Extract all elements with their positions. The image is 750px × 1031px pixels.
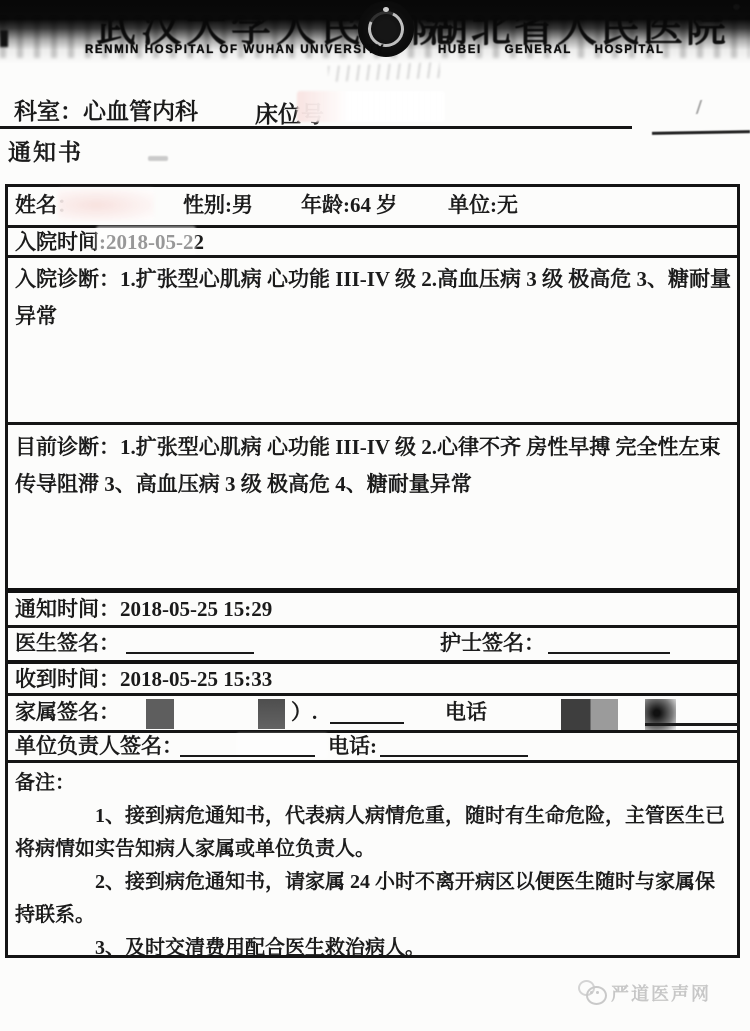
row-admission-diagnosis: 入院诊断：1.扩张型心肌病 心功能 III-IV 级 2.高血压病 3 级 极高… (8, 255, 737, 422)
redaction-family-name-1 (146, 699, 174, 729)
nurse-signature-line (548, 652, 670, 654)
remark-item-3: 3、及时交清费用配合医生救治病人。 (15, 932, 733, 965)
nurse-signature-label: 护士签名： (440, 628, 545, 659)
scan-artifact (686, 100, 703, 114)
scan-artifact (733, 4, 740, 10)
patient-age: 年龄:64 岁 (301, 187, 397, 223)
row-signatures: 医生签名： 护士签名： (8, 625, 737, 660)
family-signature-label: 家属签名： (15, 696, 120, 729)
row-unit-head-signature: 单位负责人签名： 电话: (8, 730, 737, 760)
redaction-family-name-2 (258, 699, 285, 729)
unit-head-signature-label: 单位负责人签名： (15, 733, 183, 760)
redaction-bed-number (297, 91, 445, 122)
notify-time: 通知时间：2018-05-25 15:29 (15, 597, 272, 621)
department-label: 科室：心血管内科 (14, 93, 198, 126)
row-family-signature: 家属签名： ）. 电话 (8, 693, 737, 730)
unit-head-signature-line (180, 755, 315, 757)
doctor-signature-label: 医生签名： (15, 628, 120, 659)
unit-phone-label: 电话: (328, 733, 377, 760)
row-notify-time: 通知时间：2018-05-25 15:29 (8, 588, 737, 625)
unit-phone-line (380, 755, 528, 757)
footer-watermark: 严道医声网 (578, 980, 711, 1006)
family-phone-line (645, 723, 740, 726)
watermark-logo-eye (590, 991, 593, 994)
redaction-phone-1 (561, 699, 618, 730)
current-diagnosis: 目前诊断：1.扩张型心肌病 心功能 III-IV 级 2.心律不齐 房性早搏 完… (15, 435, 720, 496)
redaction-patient-name (58, 189, 154, 221)
remarks-label: 备注： (15, 767, 733, 800)
doctor-signature-line (126, 652, 254, 654)
row-remarks: 备注： 1、接到病危通知书，代表病人病情危重，随时有生命危险，主管医生已将病情如… (8, 760, 737, 961)
row-admission-time: 入院时间:2018-05-22 (8, 225, 737, 255)
scan-artifact (0, 30, 8, 47)
critical-illness-notice-document: 武汉大学人民医院 湖北省人民医院 RENMIN HOSPITAL OF WUHA… (0, 0, 750, 1031)
family-signature-line (330, 722, 404, 724)
row-current-diagnosis: 目前诊断：1.扩张型心肌病 心功能 III-IV 级 2.心律不齐 房性早搏 完… (8, 422, 737, 588)
family-signature-paren: ）. (291, 696, 317, 729)
watermark-logo-circle-large (586, 986, 607, 1005)
watermark-logo-eye (596, 991, 599, 994)
hospital-name-en-right: HUBEI GENERAL HOSPITAL (438, 44, 665, 56)
redaction-smudge (96, 226, 196, 258)
remark-item-2: 2、接到病危通知书，请家属 24 小时不离开病区以便医生随时与家属保持联系。 (15, 866, 733, 932)
logo-dot (383, 7, 389, 12)
family-phone-label: 电话 (445, 696, 487, 729)
notice-table: 姓名： 性别:男 年龄:64 岁 单位:无 入院时间:2018-05-22 入院… (5, 184, 740, 958)
admission-diagnosis: 入院诊断：1.扩张型心肌病 心功能 III-IV 级 2.高血压病 3 级 极高… (15, 267, 731, 328)
scan-artifact (148, 156, 168, 161)
row-patient-info: 姓名： 性别:男 年龄:64 岁 单位:无 (8, 187, 737, 225)
header-divider-line-right (652, 130, 750, 135)
watermark-text: 严道医声网 (611, 980, 711, 1006)
row-receive-time: 收到时间：2018-05-25 15:33 (8, 660, 737, 693)
hospital-name-en-left: RENMIN HOSPITAL OF WUHAN UNIVERSITY (85, 44, 385, 56)
receive-time: 收到时间：2018-05-25 15:33 (15, 667, 272, 691)
header-divider-line (0, 126, 632, 129)
patient-unit: 单位:无 (448, 187, 518, 223)
patient-gender: 性别:男 (183, 187, 253, 223)
document-title: 通知书 (8, 134, 83, 167)
remark-item-1: 1、接到病危通知书，代表病人病情危重，随时有生命危险，主管医生已将病情如实告知病… (15, 800, 733, 866)
watermark-logo-icon (578, 980, 604, 1006)
